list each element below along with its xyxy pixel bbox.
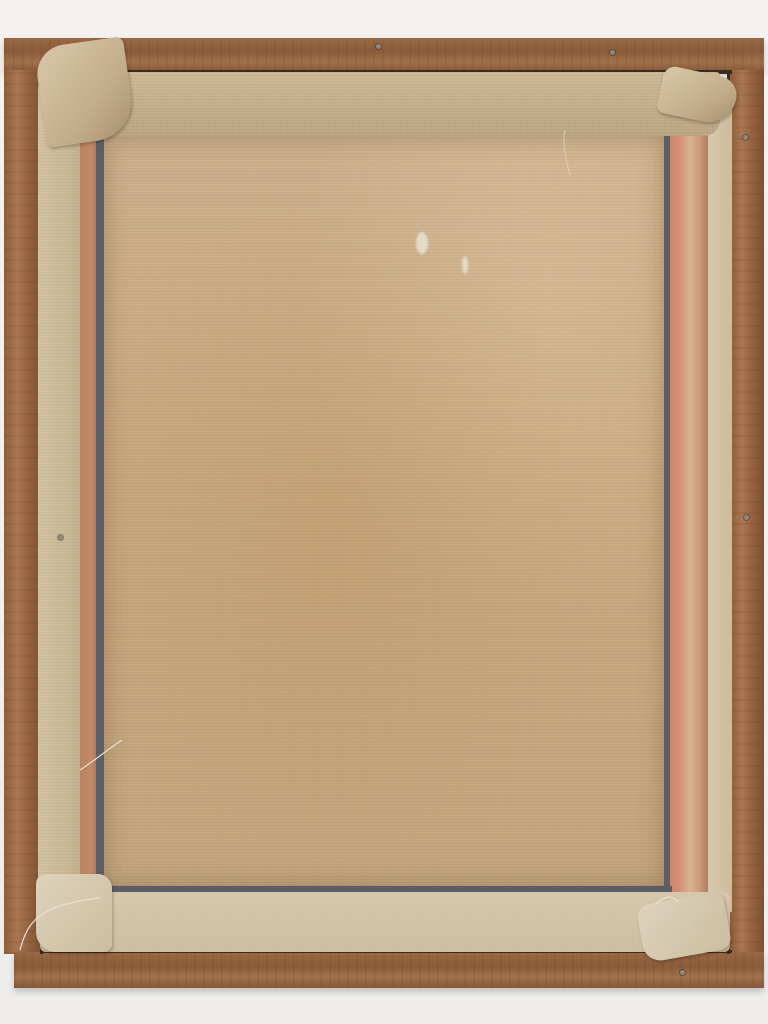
loose-threads [0,0,768,1024]
